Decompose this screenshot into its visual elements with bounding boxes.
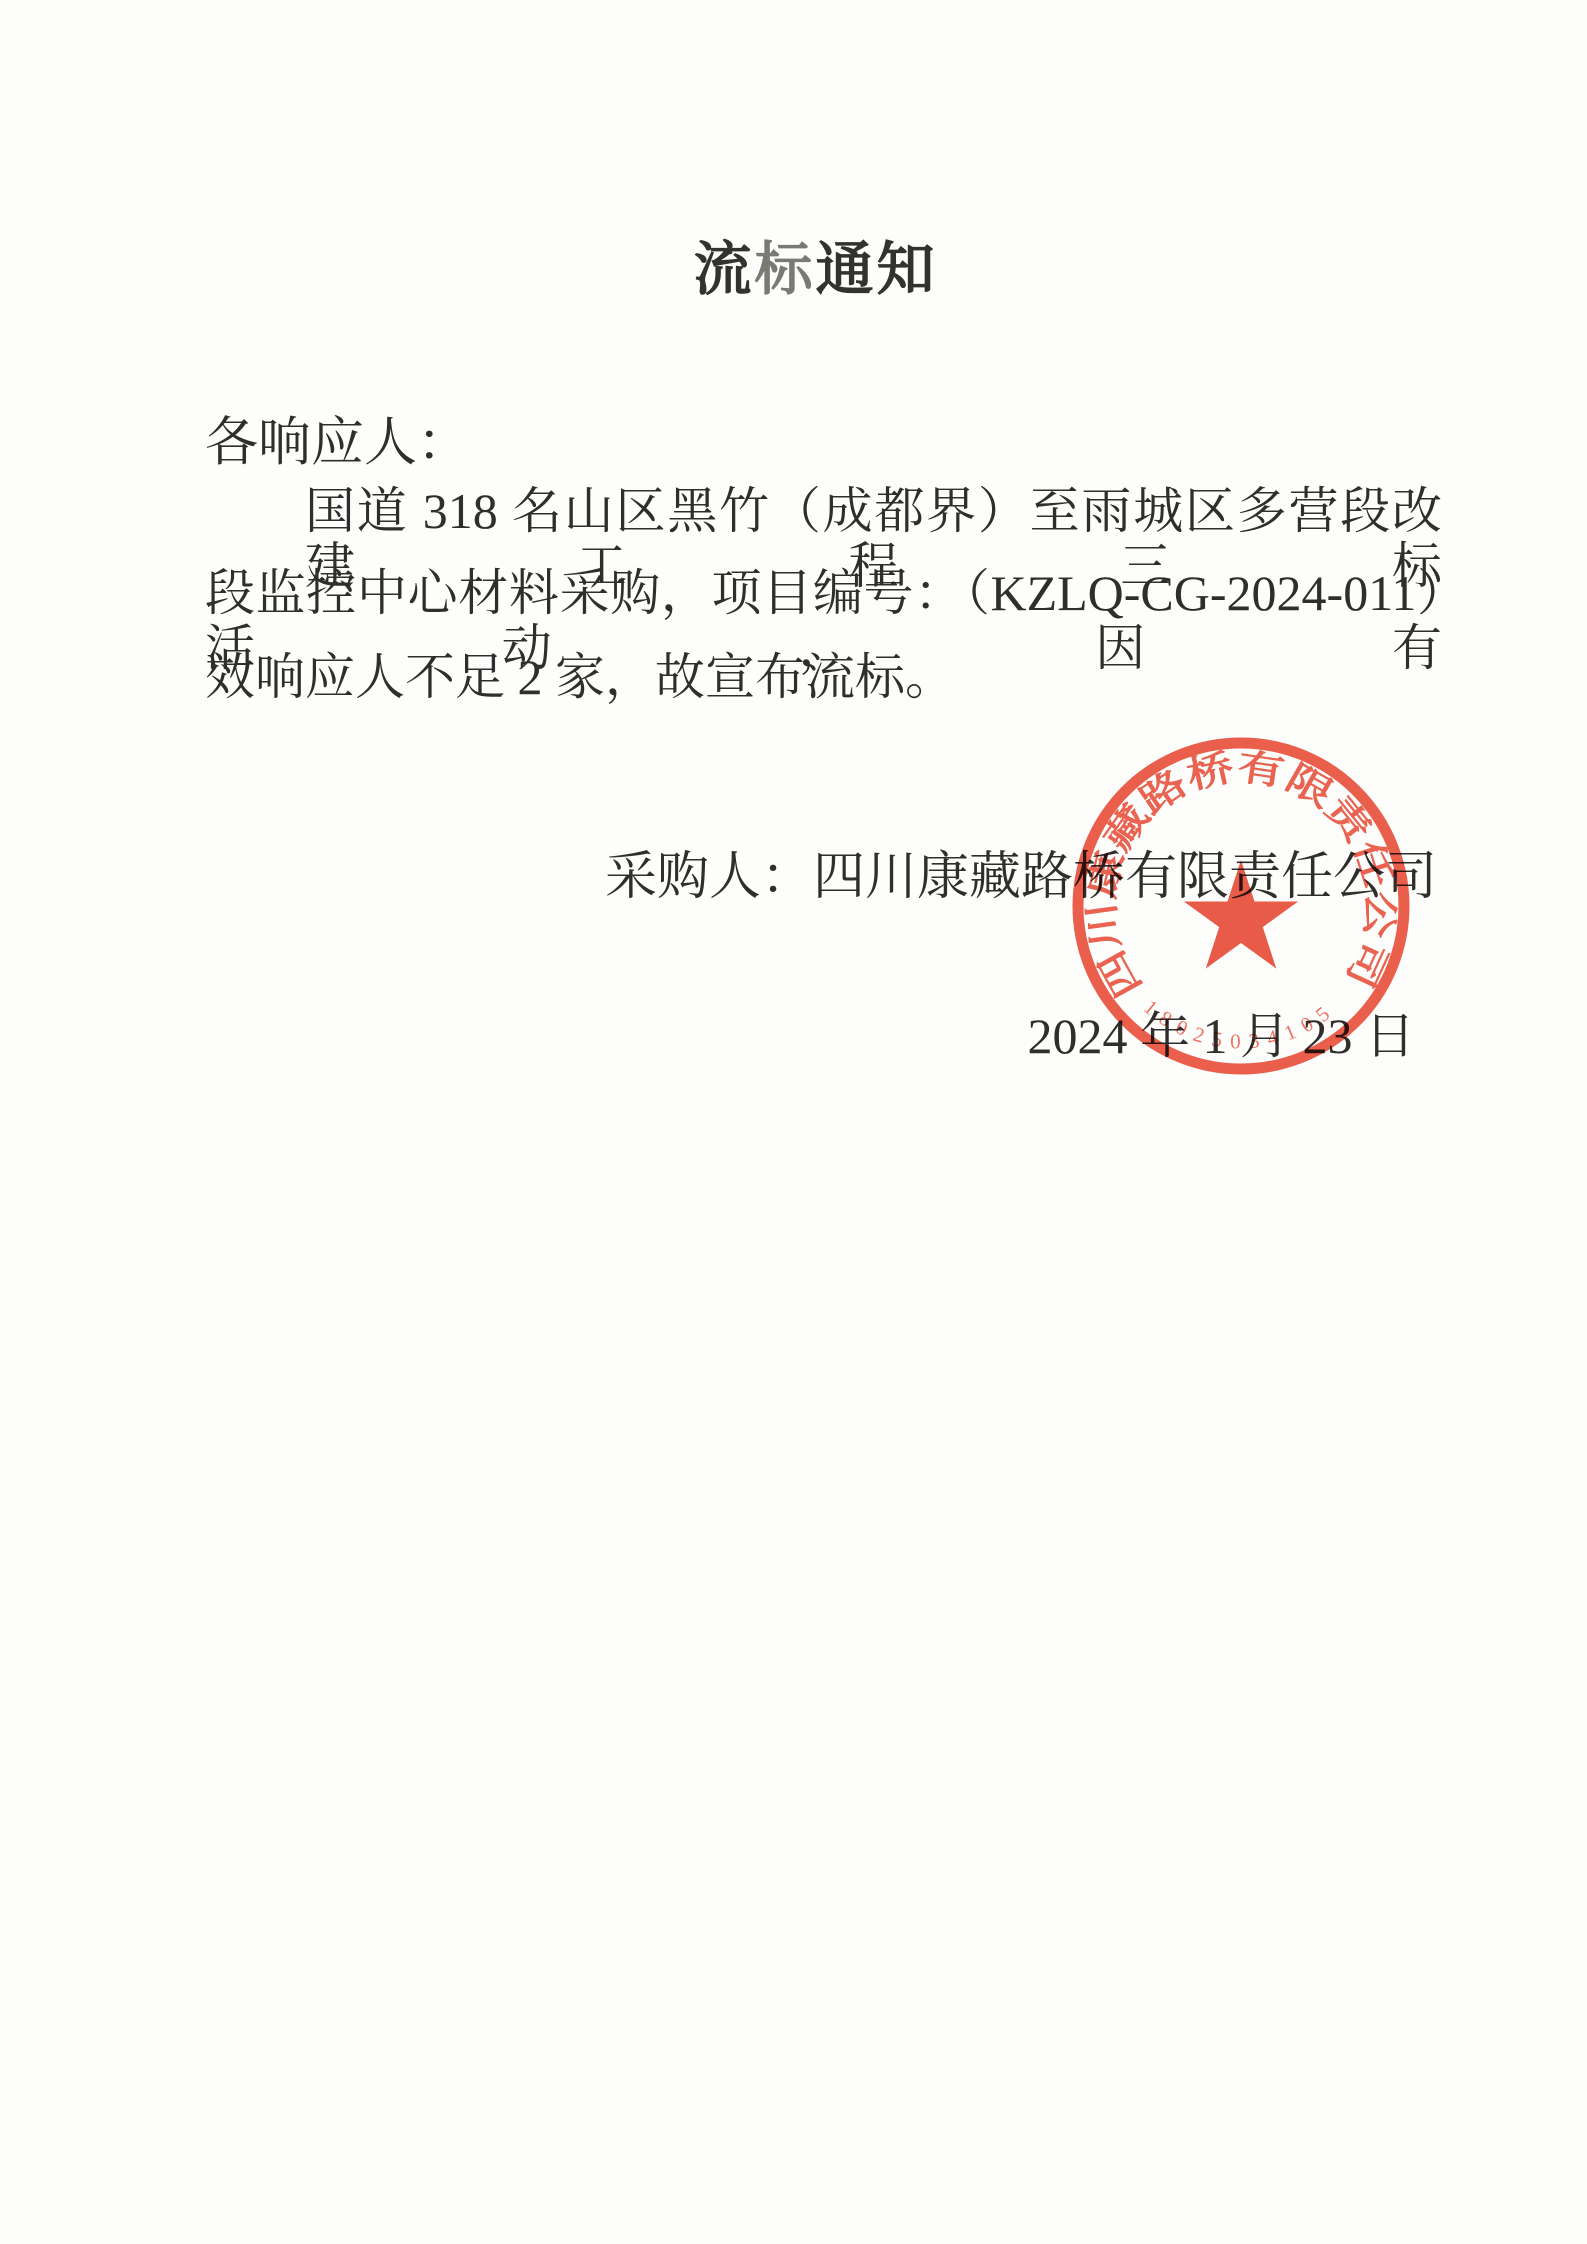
title-chars: 通知	[816, 237, 938, 302]
seal-star-icon	[1184, 860, 1298, 969]
title-char-faded: 标	[754, 237, 815, 302]
seal-code-arc: 18025034105	[1139, 995, 1341, 1054]
title-char: 流	[693, 237, 754, 302]
document-page: 流标通知 各响应人： 国道 318 名山区黑竹（成都界）至雨城区多营段改建工程三…	[0, 0, 1587, 2244]
official-seal: 四川康藏路桥有限责任公司 18025034105	[1058, 723, 1424, 1089]
seal-code-text: 18025034105	[1139, 995, 1341, 1054]
page-title: 流标通知	[22, 222, 1587, 306]
body-line-3: 效响应人不足 2 家，故宣布流标。	[205, 650, 1442, 705]
salutation-line: 各响应人：	[205, 400, 470, 476]
